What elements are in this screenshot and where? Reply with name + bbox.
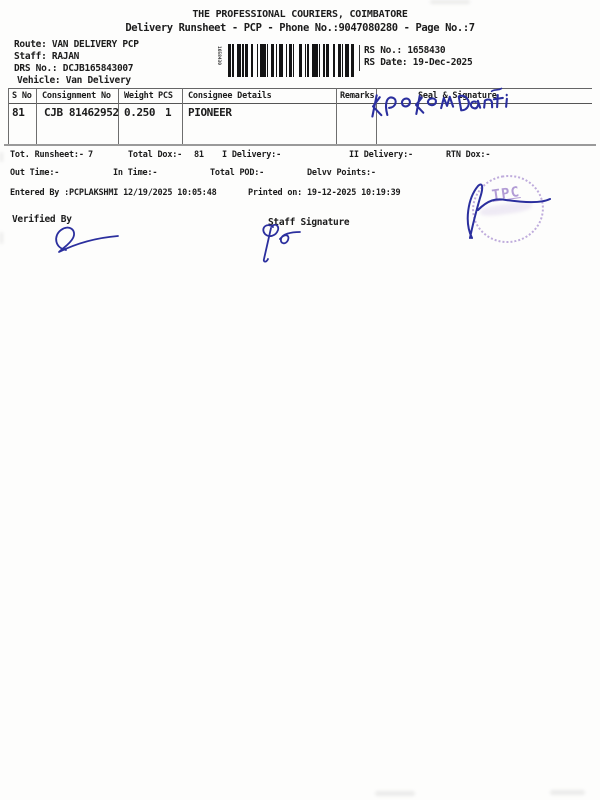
col-header-consignee: Consignee Details	[188, 91, 272, 101]
table-bottom-border	[4, 144, 596, 146]
staff-signature	[256, 220, 316, 265]
ii-delivery-field: II Delivery:-	[349, 150, 413, 160]
in-time-field: In Time:-	[113, 168, 157, 178]
scan-artifact	[430, 0, 470, 4]
scan-artifact	[375, 791, 415, 796]
drs-no-field: DRS No.: DCJB165843007	[14, 63, 133, 74]
row-consignment-no: CJB 81462952	[44, 106, 119, 119]
row-pcs: 1	[165, 106, 171, 119]
out-time-field: Out Time:-	[10, 168, 59, 178]
row-consignee: PIONEER	[188, 106, 232, 119]
rs-divider	[359, 45, 360, 71]
col-header-weight: Weight	[124, 91, 154, 101]
total-dox-value: 81	[194, 150, 204, 160]
barcode-side-label: 1658430	[216, 46, 221, 65]
tot-runsheet-label: Tot. Runsheet:-	[10, 150, 84, 160]
row-weight: 0.250	[124, 106, 155, 119]
table-col-line	[182, 88, 183, 144]
scan-artifact	[0, 152, 3, 162]
verified-by-signature	[46, 222, 126, 256]
rtn-dox-field: RTN Dox:-	[446, 150, 490, 160]
vehicle-field: Vehicle: Van Delivery	[17, 75, 131, 86]
col-header-consignment: Consignment No	[42, 91, 111, 101]
page-title: THE PROFESSIONAL COURIERS, COIMBATORE	[0, 9, 600, 20]
scan-artifact	[550, 790, 585, 795]
total-pod-field: Total POD:-	[210, 168, 264, 178]
delvv-points-field: Delvv Points:-	[307, 168, 376, 178]
row-sno: 81	[12, 106, 24, 119]
rs-no-field: RS No.: 1658430	[364, 45, 445, 56]
staff-field: Staff: RAJAN	[14, 51, 79, 62]
entered-by-field: Entered By :PCPLAKSHMI 12/19/2025 10:05:…	[10, 188, 217, 198]
col-header-sno: S No	[12, 91, 32, 101]
page-subtitle: Delivery Runsheet - PCP - Phone No.:9047…	[0, 22, 600, 34]
table-col-line	[36, 88, 37, 144]
rs-barcode-icon	[228, 44, 360, 77]
table-col-line	[8, 88, 9, 144]
tot-runsheet-value: 7	[88, 150, 93, 160]
total-dox-label: Total Dox:-	[128, 150, 182, 160]
scan-artifact	[0, 232, 3, 244]
i-delivery-field: I Delivery:-	[222, 150, 281, 160]
table-col-line	[336, 88, 337, 144]
printed-on-field: Printed on: 19-12-2025 10:19:39	[248, 188, 400, 198]
stamp-signature	[448, 176, 558, 246]
route-field: Route: VAN DELIVERY PCP	[14, 39, 139, 50]
rs-date-field: RS Date: 19-Dec-2025	[364, 57, 472, 68]
consignee-signature	[365, 85, 521, 122]
col-header-pcs: PCS	[158, 91, 173, 101]
delivery-runsheet-document: THE PROFESSIONAL COURIERS, COIMBATORE De…	[0, 0, 600, 800]
